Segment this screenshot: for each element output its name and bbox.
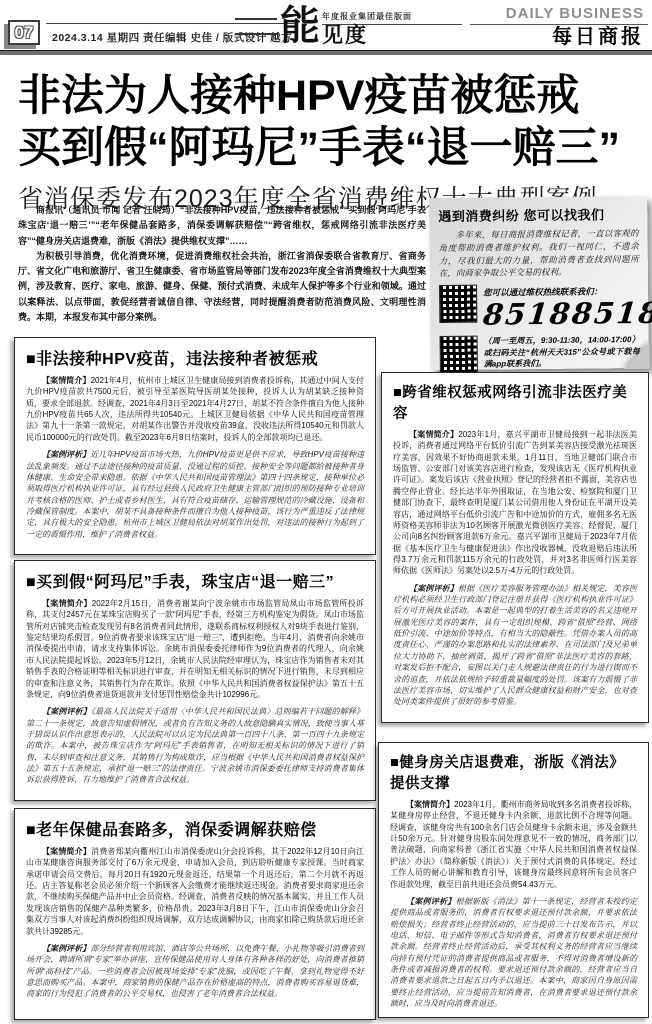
- article-title: ■跨省维权惩戒网络引流非法医疗美容: [393, 381, 637, 423]
- masthead-english: DAILY BUSINESS: [444, 6, 644, 22]
- article-analysis: 【案例评析】根据新版《消法》第十一条规定，经营者未按约定提供商品或者服务的，消费…: [390, 896, 637, 1010]
- newspaper-page: 07 2024.3.14 星期四 责任编辑 史佳 / 版式设计 越方 能 年度报…: [0, 0, 652, 1024]
- qr-code-icon: [440, 336, 478, 374]
- contact-note-title: 遇到消费纠纷 您可以找我们: [438, 204, 638, 225]
- header-rule: [470, 24, 648, 25]
- analysis-label: 【案例评析】: [409, 584, 458, 593]
- headline-line2: 买到假“阿玛尼”手表“退一赔三”: [18, 122, 638, 174]
- article-box-watch: ■买到假“阿玛尼”手表，珠宝店“退一赔三” 【案情简介】2022年2月15日，消…: [14, 560, 376, 801]
- header-divider: [0, 50, 652, 55]
- schedule-row: （周一至周五，9:30-11:30，14:00-17:00）或扫码关注“杭州天天…: [440, 334, 640, 374]
- analysis-text: 根据新版《消法》第十一条规定，经营者未按约定提供商品或者服务的，消费者有权要求退…: [390, 897, 637, 1008]
- article-box-health-products: ■老年保健品套路多，消保委调解获赔偿 【案情简介】消费者郑某向衢州江山市消保委虎…: [14, 808, 376, 1020]
- brief-text: 2023年1月，嘉兴平湖市卫健局接到一起非法医美投诉，消费者通过网络平台低价引流…: [393, 430, 637, 575]
- article-analysis: 【案例评析】近几年HPV疫苗市场火热，九价HPV疫苗更是供不应求，导致HPV疫苗…: [26, 449, 364, 540]
- page-number: 07: [8, 20, 40, 45]
- article-analysis: 【案例评析】部分经营者利用宾馆、酒店等公共场所，以免费午餐、小礼物等吸引消费者到…: [26, 943, 364, 1000]
- column-award-text: 年度报业集团最佳版面: [322, 11, 462, 25]
- hotline-row: 您可以通过维权热线联系我们： 85188518: [439, 283, 639, 331]
- analysis-label: 【案例评析】: [406, 897, 456, 906]
- intro-block: 商报讯（通讯员 市闻 记者 汪晓筠）“非法接种HPV疫苗，违法接种者被惩戒”“买…: [18, 203, 426, 325]
- article-analysis: 【案例评析】《最高人民法院关于适用〈中华人民共和国民法典〉总则编若干问题的解释》…: [26, 706, 364, 786]
- hotline-number: 85188518: [482, 297, 652, 331]
- analysis-label: 【案例评析】: [42, 944, 90, 953]
- qr-code-icon: [439, 285, 477, 323]
- article-brief: 【案情简介】2022年2月15日，消费者谢某向宁波余姚市市场监管局凤山市场监管所…: [26, 598, 364, 700]
- article-title: ■买到假“阿玛尼”手表，珠宝店“退一赔三”: [26, 569, 364, 592]
- brief-label: 【案情简介】: [42, 376, 91, 385]
- article-analysis: 【案例评析】根据《医疗美容服务管理办法》相关规定，美容医疗机构必须经卫生行政部门…: [393, 583, 637, 708]
- contact-note-body: 多年来，每日商报消费维权记者，一直以客观的角度帮助消费者维护权利。我们一视同仁，…: [438, 227, 639, 280]
- analysis-label: 【案例评析】: [42, 707, 91, 716]
- article-box-gym-refund: ■健身房关店退费难，浙版《消法》提供支撑 【案情简介】2023年1月，衢州市商务…: [378, 742, 649, 1018]
- brief-label: 【案情简介】: [42, 599, 92, 608]
- article-brief: 【案情简介】2023年1月，嘉兴平湖市卫健局接到一起非法医美投诉，消费者通过网络…: [393, 429, 637, 577]
- analysis-text: 近几年HPV疫苗市场火热，九价HPV疫苗更是供不应求，导致HPV疫苗接种违法乱象…: [26, 450, 364, 539]
- column-logo: 能: [280, 6, 320, 46]
- analysis-text: 《最高人民法院关于适用〈中华人民共和国民法典〉总则编若干问题的解释》第二十一条规…: [26, 707, 364, 784]
- headline-block: 非法为人接种HPV疫苗被惩戒 买到假“阿玛尼”手表“退一赔三” 省消保委发布20…: [18, 70, 638, 214]
- headline-line1: 非法为人接种HPV疫苗被惩戒: [18, 70, 638, 122]
- analysis-label: 【案例评析】: [42, 450, 90, 459]
- article-brief: 【案情简介】2021年4月，杭州市上城区卫生健康局接到消费者投诉称，其通过中间人…: [26, 375, 364, 443]
- article-title: ■老年保健品套路多，消保委调解获赔偿: [26, 817, 364, 840]
- hotline-schedule: （周一至周五，9:30-11:30，14:00-17:00）或扫码关注“杭州天天…: [484, 334, 640, 370]
- article-brief: 【案情简介】消费者郑某向衢州江山市消保委虎山分会投诉称，其于2022年12月10…: [26, 846, 364, 937]
- hotline-block: 您可以通过维权热线联系我们： 85188518: [483, 283, 652, 331]
- brief-label: 【案情简介】: [406, 800, 454, 809]
- brief-text: 2022年2月15日，消费者谢某向宁波余姚市市场监管局凤山市场监管所投诉称，其支…: [26, 599, 364, 699]
- brief-text: 消费者郑某向衢州江山市消保委虎山分会投诉称，其于2022年12月10日向江山市某…: [26, 847, 364, 936]
- header-rule: [46, 23, 296, 24]
- article-title: ■非法接种HPV疫苗，违法接种者被惩戒: [26, 346, 364, 369]
- header-rule: [235, 33, 277, 35]
- article-box-medical-beauty: ■跨省维权惩戒网络引流非法医疗美容 【案情简介】2023年1月，嘉兴平湖市卫健局…: [381, 372, 649, 723]
- article-brief: 【案情简介】2023年1月，衢州市商务局收到多名消费者投诉称，某健身房停止经营，…: [390, 799, 637, 890]
- brief-text: 2021年4月，杭州市上城区卫生健康局接到消费者投诉称，其通过中间人支付九价HP…: [26, 376, 364, 442]
- brief-text: 2023年1月，衢州市商务局收到多名消费者投诉称，某健身房停止经营，不退还健身卡…: [390, 800, 637, 889]
- column-name: 见度: [322, 25, 368, 47]
- article-box-hpv: ■非法接种HPV疫苗，违法接种者被惩戒 【案情简介】2021年4月，杭州市上城区…: [14, 337, 376, 555]
- contact-note: 遇到消费纠纷 您可以找我们 多年来，每日商报消费维权记者，一直以客观的角度帮助消…: [429, 196, 649, 370]
- header-rule: [235, 18, 277, 20]
- analysis-text: 根据《医疗美容服务管理办法》相关规定，美容医疗机构必须经卫生行政部门登记注册并获…: [393, 584, 637, 707]
- intro-paragraph: 商报讯（通讯员 市闻 记者 汪晓筠）“非法接种HPV疫苗，违法接种者被惩戒”“买…: [18, 203, 426, 249]
- article-title: ■健身房关店退费难，浙版《消法》提供支撑: [390, 751, 637, 793]
- intro-paragraph: 为积极引导消费，优化消费环境，促进消费维权社会共治，浙江省消保委联合省教育厅、省…: [18, 249, 426, 325]
- brief-label: 【案情简介】: [42, 847, 91, 856]
- masthead-chinese: 每日商报: [444, 26, 644, 48]
- brief-label: 【案情简介】: [409, 430, 458, 439]
